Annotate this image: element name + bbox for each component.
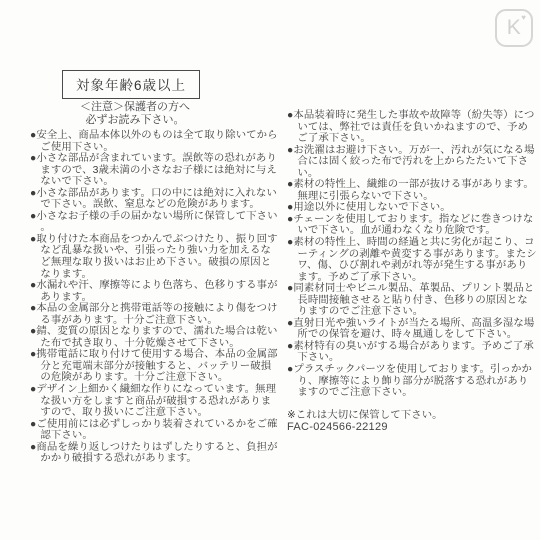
notice-heading-line1: ＜注意＞保護者の方へ [35, 101, 235, 114]
keep-safe-note: ※これは大切に保管して下さい。 [287, 410, 537, 422]
brand-logo-letter: K [507, 16, 521, 40]
warning-item: ●チェーンを使用しております。指などに巻きつけないで下さい。血が通わなくなり危険… [287, 214, 537, 237]
heart-icon: ♥ [521, 14, 526, 22]
warning-item: ●お洗濯はお避け下さい。万が一、汚れが気になる場合には固く絞った布で汚れを上から… [287, 145, 537, 180]
warning-item: ●本品装着時に発生した事故や故障等（紛失等）については、弊社では責任を負いかねま… [287, 110, 537, 145]
warning-item: ●ご使用前には必ずしっかり装着されているかをご確認下さい。 [30, 419, 280, 442]
warning-item: ●素材の特性上、繊維の一部が抜ける事があります。無理に引張らないで下さい。 [287, 179, 537, 202]
warning-item: ●用途以外に使用しないで下さい。 [287, 202, 537, 214]
warnings-right-column: ●本品装着時に発生した事故や故障等（紛失等）については、弊社では責任を負いかねま… [287, 110, 537, 434]
warning-item: ●同素材同士やビニル製品、革製品、プリント製品と長時間接触させると貼り付き、色移… [287, 283, 537, 318]
warning-item: ●プラスチックパーツを使用しております。引っかかり、摩擦等により飾り部分が脱落す… [287, 364, 537, 399]
age-restriction-box: 対象年齢6歳以上 [62, 70, 200, 99]
warning-item: ●水漏れや汗、摩擦等により色落ち、色移りする事があります。 [30, 280, 280, 303]
warning-item: ●商品を繰り返しつけたりはずしたりすると、負担がかかり破損する恐れがあります。 [30, 442, 280, 465]
brand-logo: K ♥ [495, 9, 533, 47]
warning-item: ●素材の特性上、時間の経過と共に劣化が起こり、コーティングの剥離や黄変する事があ… [287, 237, 537, 283]
warning-item: ●錆、変質の原因となりますので、濡れた場合は乾いた布で拭き取り、十分乾燥させて下… [30, 326, 280, 349]
warning-item: ●小さな部品が含まれています。誤飲等の恐れがありますので、3歳未満の小さなお子様… [30, 153, 280, 188]
caution-label-sheet: K ♥ 対象年齢6歳以上 ＜注意＞保護者の方へ 必ずお読み下さい。 ●安全上、商… [0, 0, 540, 540]
notice-heading: ＜注意＞保護者の方へ 必ずお読み下さい。 [35, 101, 235, 127]
product-code: FAC-024566-22129 [287, 422, 537, 434]
warnings-left-list: ●安全上、商品本体以外のものは全て取り除いてからご使用下さい。●小さな部品が含ま… [30, 130, 280, 465]
warning-item: ●小さな部品があります。口の中には絶対に入れないで下さい。誤飲、窒息などの危険が… [30, 188, 280, 211]
warning-item: ●素材特有の臭いがする場合があります。予めご了承下さい。 [287, 341, 537, 364]
warning-item: ●携帯電話に取り付けて使用する場合、本品の金属部分と充電端末部分が接触すると、バ… [30, 349, 280, 384]
warning-item: ●デザイン上細かく繊細な作りになっています。無理な扱い方をしますと商品が破損する… [30, 384, 280, 419]
notice-heading-line2: 必ずお読み下さい。 [35, 114, 235, 127]
warnings-left-column: ●安全上、商品本体以外のものは全て取り除いてからご使用下さい。●小さな部品が含ま… [30, 130, 280, 465]
warning-item: ●小さなお子様の手の届かない場所に保管して下さい。 [30, 211, 280, 234]
warning-item: ●本品の金属部分と携帯電話等の接触により傷をつける事があります。十分ご注意下さい… [30, 303, 280, 326]
warning-item: ●安全上、商品本体以外のものは全て取り除いてからご使用下さい。 [30, 130, 280, 153]
warnings-right-list: ●本品装着時に発生した事故や故障等（紛失等）については、弊社では責任を負いかねま… [287, 110, 537, 399]
warning-item: ●取り付けた本商品をつかんでぶつけたり、振り回すなど乱暴な扱いや、引張ったり強い… [30, 234, 280, 280]
warning-item: ●直射日光や強いライトが当たる場所、高温多湿な場所での保管を避け、時々風通しをし… [287, 318, 537, 341]
